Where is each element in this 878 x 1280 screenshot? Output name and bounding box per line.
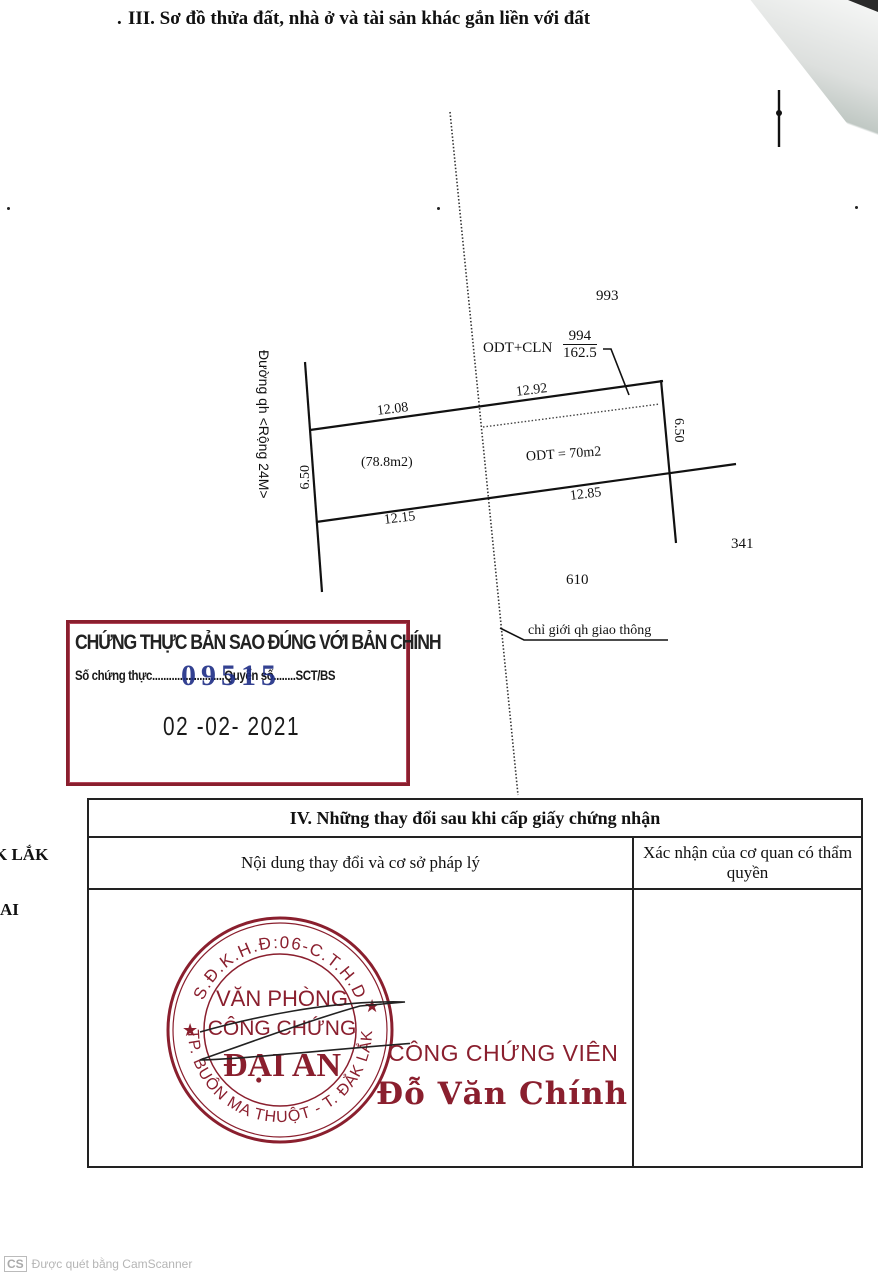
side-text-line2: AI [0,900,19,920]
road-label: Đường qh <Rộng 24M> [256,350,272,499]
seal-star-left-icon: ★ [182,1020,198,1040]
parcel-right-boundary [661,380,676,543]
traffic-boundary-dotted-line [450,112,518,795]
column-header-change-content: Nội dung thay đổi và cơ sở pháp lý [88,837,633,889]
camscanner-logo-icon: CS [4,1256,27,1272]
changes-table-title: IV. Những thay đổi sau khi cấp giấy chứn… [88,799,862,837]
north-arrow-icon [776,90,782,147]
seal-line3: ĐẠI AN [223,1047,342,1084]
camscanner-footer: CS Được quét bằng CamScanner [4,1256,192,1272]
notary-seal: S.Đ.K.H.Đ:06-C.T.H.D TP. BUÔN MA THUỘT -… [160,910,410,1150]
certification-date: 02 -02- 2021 [163,711,300,742]
certification-stamp: CHỨNG THỰC BẢN SAO ĐÚNG VỚI BẢN CHÍNH Số… [66,620,410,786]
neighbor-parcel-341: 341 [731,536,754,553]
neighbor-parcel-610: 610 [566,572,589,589]
notary-name: Đỗ Văn Chính [376,1076,628,1112]
land-use-code: ODT+CLN [483,340,552,357]
camscanner-text: Được quét bằng CamScanner [32,1257,193,1271]
parcel-area: 162.5 [563,345,597,361]
neighbor-parcel-993: 993 [596,288,619,305]
column-header-authority-confirmation: Xác nhận của cơ quan có thẩm quyền [633,837,862,889]
seal-line1: VĂN PHÒNG [216,986,348,1011]
parcel-number: 994 [563,328,597,345]
authority-confirmation-cell [633,889,862,1167]
scan-speck [437,207,440,210]
seal-line2: CÔNG CHỨNG [208,1017,357,1040]
scan-speck [7,207,10,210]
residential-dotted-line [483,404,660,427]
certification-handwritten-number: 09515 [181,659,281,693]
certification-title: CHỨNG THỰC BẢN SAO ĐÚNG VỚI BẢN CHÍNH [75,631,441,655]
scan-speck [855,206,858,209]
parcel-fraction: 994 162.5 [563,328,597,361]
dimension-right-side: 6.50 [670,418,686,443]
certification-suffix: SCT/BS [296,667,336,683]
side-text-line1: K LẮK [0,845,48,865]
certification-number-label: Số chứng thực [75,667,152,683]
dimension-left-side: 6.50 [298,465,314,490]
traffic-boundary-label: chỉ giới qh giao thông [528,623,651,639]
parcel-top-boundary [310,381,663,430]
road-reserve-area-label: (78.8m2) [361,455,413,471]
notary-title: CÔNG CHỨNG VIÊN [388,1040,618,1067]
